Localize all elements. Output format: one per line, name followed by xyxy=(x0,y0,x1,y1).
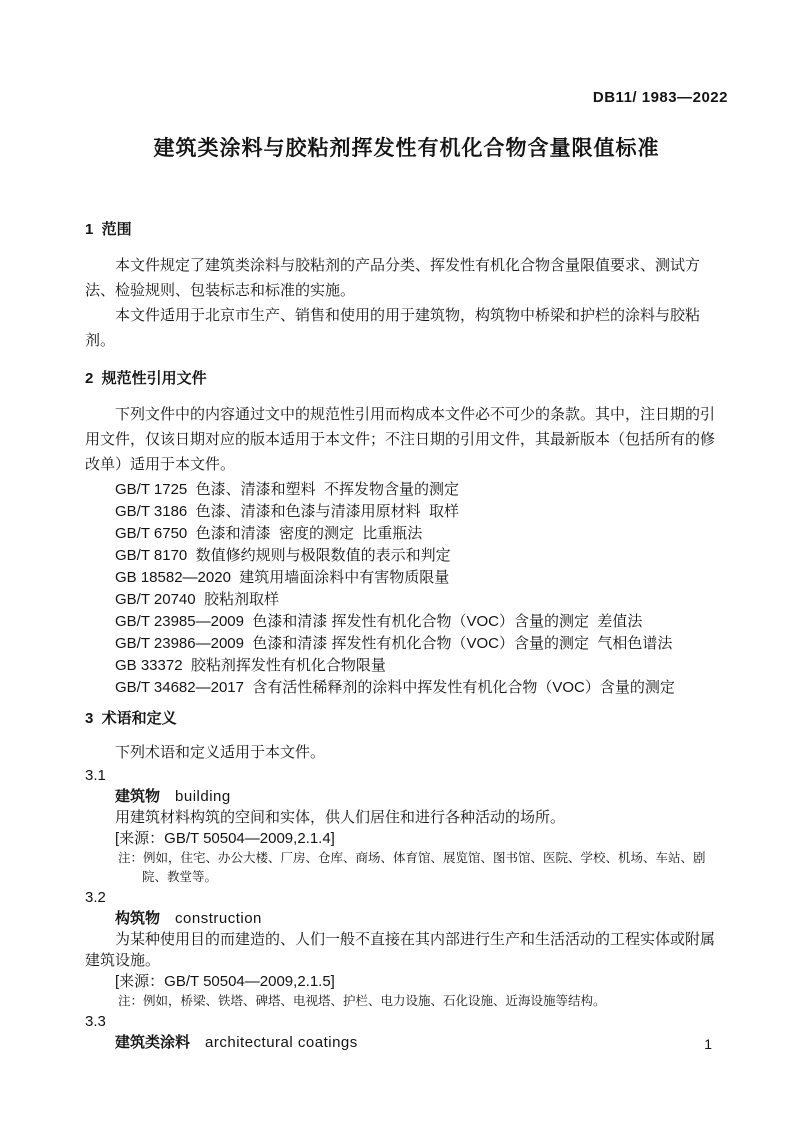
term-name-zh: 建筑物 xyxy=(115,788,160,805)
term-name: 建筑类涂料architectural coatings xyxy=(85,1032,728,1053)
reference-item: GB/T 8170 数值修约规则与极限数值的表示和判定 xyxy=(85,545,728,567)
reference-item: GB/T 1725 色漆、清漆和塑料 不挥发物含量的测定 xyxy=(85,479,728,501)
term-note: 注：例如，住宅、办公大楼、厂房、仓库、商场、体育馆、展览馆、图书馆、医院、学校、… xyxy=(85,849,728,887)
term-name-en: building xyxy=(175,788,231,805)
term-3-1: 3.1 建筑物building 用建筑材料构筑的空间和实体，供人们居住和进行各种… xyxy=(85,765,728,887)
reference-item: GB 33372 胶粘剂挥发性有机化合物限量 xyxy=(85,655,728,677)
term-note: 注：例如，桥梁、铁塔、碑塔、电视塔、护栏、电力设施、石化设施、近海设施等结构。 xyxy=(85,992,728,1011)
term-name-en: construction xyxy=(175,910,262,927)
term-number: 3.2 xyxy=(85,887,728,908)
term-source: [来源：GB/T 50504—2009,2.1.5] xyxy=(85,971,728,992)
document-number: DB11/ 1983—2022 xyxy=(85,90,728,106)
section-1-paragraph: 本文件规定了建筑类涂料与胶粘剂的产品分类、挥发性有机化合物含量限值要求、测试方法… xyxy=(85,253,728,303)
reference-item: GB/T 23986—2009 色漆和清漆 挥发性有机化合物（VOC）含量的测定… xyxy=(85,633,728,655)
term-name-zh: 构筑物 xyxy=(115,910,160,927)
term-definition: 用建筑材料构筑的空间和实体，供人们居住和进行各种活动的场所。 xyxy=(85,807,728,828)
term-number: 3.1 xyxy=(85,765,728,786)
section-1-paragraph: 本文件适用于北京市生产、销售和使用的用于建筑物，构筑物中桥梁和护栏的涂料与胶粘剂… xyxy=(85,303,728,353)
term-name: 建筑物building xyxy=(85,786,728,807)
term-name-en: architectural coatings xyxy=(205,1034,358,1051)
term-definition: 为某种使用目的而建造的、人们一般不直接在其内部进行生产和生活活动的工程实体或附属… xyxy=(85,929,728,971)
section-2-heading: 2 规范性引用文件 xyxy=(85,369,728,388)
reference-item: GB/T 6750 色漆和清漆 密度的测定 比重瓶法 xyxy=(85,523,728,545)
page-number: 1 xyxy=(704,1036,712,1052)
section-3-intro: 下列术语和定义适用于本文件。 xyxy=(85,740,728,765)
reference-item: GB/T 23985—2009 色漆和清漆 挥发性有机化合物（VOC）含量的测定… xyxy=(85,611,728,633)
document-title: 建筑类涂料与胶粘剂挥发性有机化合物含量限值标准 xyxy=(85,134,728,164)
reference-item: GB 18582—2020 建筑用墙面涂料中有害物质限量 xyxy=(85,567,728,589)
reference-item: GB/T 20740 胶粘剂取样 xyxy=(85,589,728,611)
term-name-zh: 建筑类涂料 xyxy=(115,1034,190,1051)
reference-item: GB/T 34682—2017 含有活性稀释剂的涂料中挥发性有机化合物（VOC）… xyxy=(85,677,728,699)
normative-reference-list: GB/T 1725 色漆、清漆和塑料 不挥发物含量的测定 GB/T 3186 色… xyxy=(85,479,728,699)
section-3-heading: 3 术语和定义 xyxy=(85,709,728,728)
term-3-3: 3.3 建筑类涂料architectural coatings xyxy=(85,1011,728,1053)
section-1-heading: 1 范围 xyxy=(85,220,728,239)
document-page: DB11/ 1983—2022 建筑类涂料与胶粘剂挥发性有机化合物含量限值标准 … xyxy=(0,0,800,1131)
term-name: 构筑物construction xyxy=(85,908,728,929)
term-3-2: 3.2 构筑物construction 为某种使用目的而建造的、人们一般不直接在… xyxy=(85,887,728,1011)
section-2-intro: 下列文件中的内容通过文中的规范性引用而构成本文件必不可少的条款。其中，注日期的引… xyxy=(85,402,728,477)
term-source: [来源：GB/T 50504—2009,2.1.4] xyxy=(85,828,728,849)
reference-item: GB/T 3186 色漆、清漆和色漆与清漆用原材料 取样 xyxy=(85,501,728,523)
term-number: 3.3 xyxy=(85,1011,728,1032)
